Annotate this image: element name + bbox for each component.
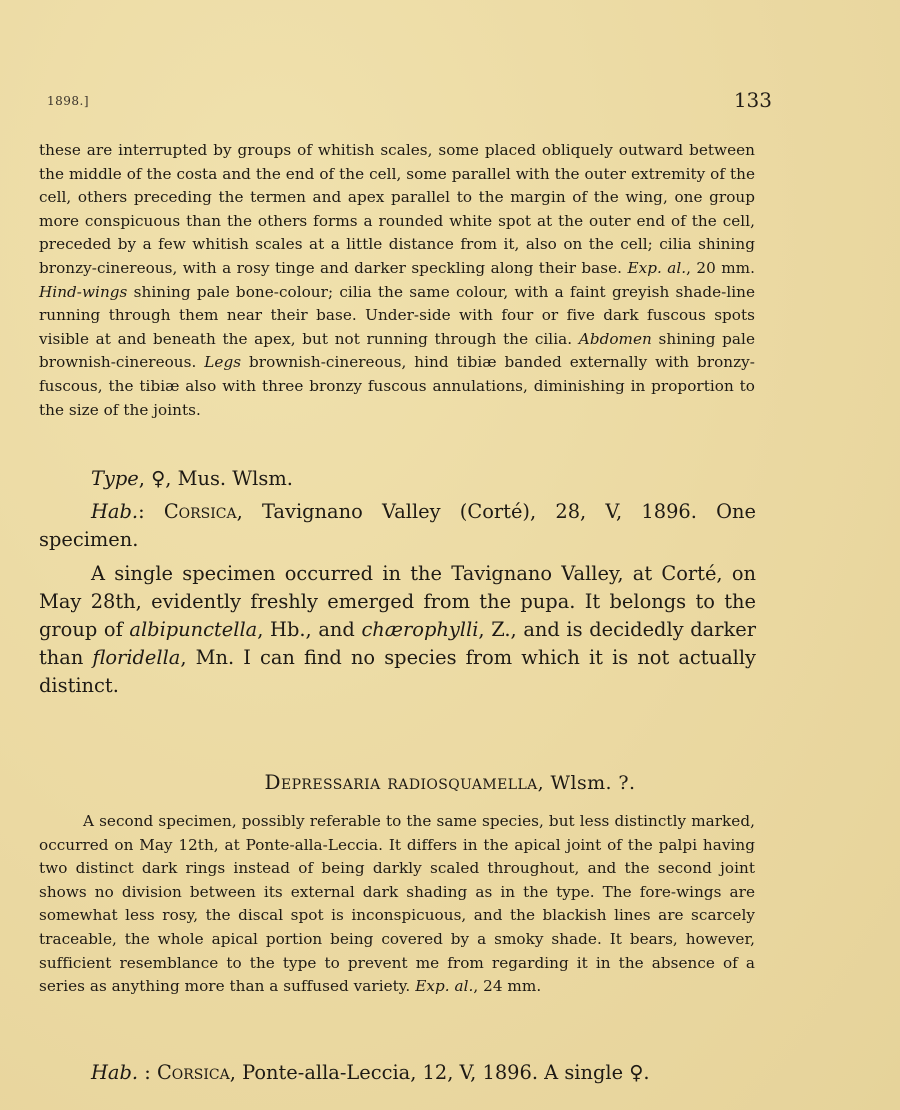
book-page: 1898.] 133 these are interrupted by grou… [0,0,900,1110]
remarks-paragraph: A single specimen occurred in the Tavign… [39,560,756,701]
species-name: albipunctella [129,618,257,641]
hab-label: Hab. [91,1061,138,1084]
abdomen-label: Abdomen [579,330,652,348]
type-and-habitat: Type, ♀, Mus. Wlsm. Hab.: Corsica, Tavig… [39,465,756,701]
species-name: chærophylli [361,618,478,641]
species-heading: Depressaria radiosquamella, Wlsm. ?. [0,770,900,794]
hab-label: Hab. [91,500,138,523]
page-number: 133 [734,88,772,112]
species-name: floridella [92,646,180,669]
running-head: 1898.] 133 [40,88,762,118]
legs-label: Legs [204,353,241,371]
locality: Corsica [164,500,237,523]
description-paragraph: these are interrupted by groups of whiti… [39,139,755,422]
species-heading-author: , Wlsm. ?. [538,772,636,794]
hindwings-label: Hind-wings [39,283,127,301]
second-specimen-paragraph: A second specimen, possibly referable to… [39,810,755,999]
type-label: Type [91,467,139,490]
habitat-line: Hab.: Corsica, Tavignano Valley (Corté),… [39,498,756,554]
second-specimen-description: A second specimen, possibly referable to… [39,810,755,999]
exp-al-label: Exp. al. [415,977,473,995]
exp-al-label: Exp. al. [627,259,686,277]
type-line: Type, ♀, Mus. Wlsm. [39,465,756,493]
habitat-line: Hab. : Corsica, Ponte-alla-Leccia, 12, V… [39,1059,756,1087]
running-head-year: 1898.] [47,94,89,108]
second-habitat: Hab. : Corsica, Ponte-alla-Leccia, 12, V… [39,1059,756,1087]
locality: Corsica [157,1061,230,1084]
species-description: these are interrupted by groups of whiti… [39,139,755,422]
species-heading-name: Depressaria radiosquamella [265,770,538,794]
